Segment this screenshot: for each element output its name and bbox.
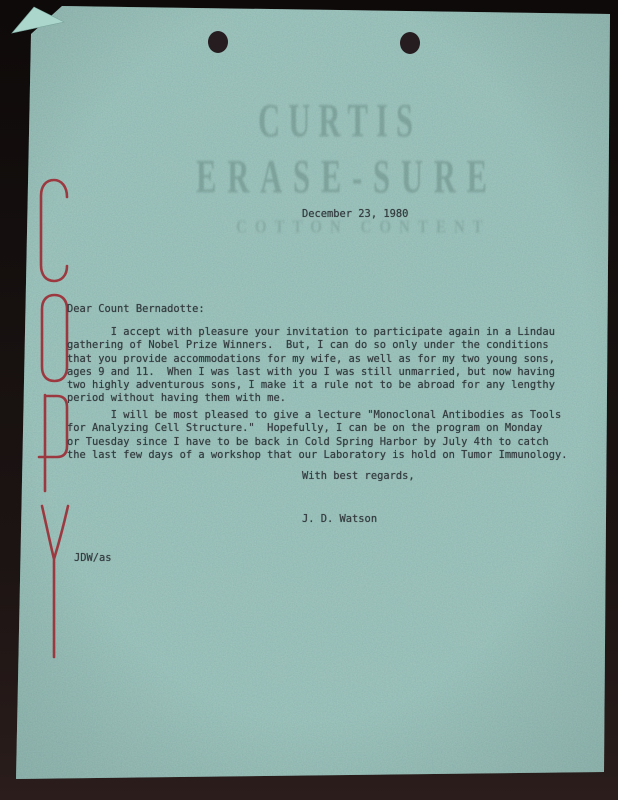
- signature-name: J. D. Watson: [302, 513, 377, 526]
- body-paragraph-2: I will be most pleased to give a lecture…: [67, 409, 567, 462]
- letter-date: December 23, 1980: [302, 208, 408, 221]
- typist-initials: JDW/as: [74, 552, 112, 565]
- punch-hole-right: [400, 32, 420, 54]
- letter-salutation: Dear Count Bernadotte:: [67, 303, 205, 316]
- body-paragraph-1: I accept with pleasure your invitation t…: [67, 326, 555, 406]
- watermark-brand: CURTIS: [258, 96, 421, 149]
- letter-closing: With best regards,: [302, 470, 415, 483]
- scanned-letter-page: CURTIS ERASE-SURE COTTON CONTENT Decembe…: [0, 0, 618, 800]
- watermark-product: ERASE-SURE: [196, 152, 498, 205]
- punch-hole-left: [208, 31, 228, 53]
